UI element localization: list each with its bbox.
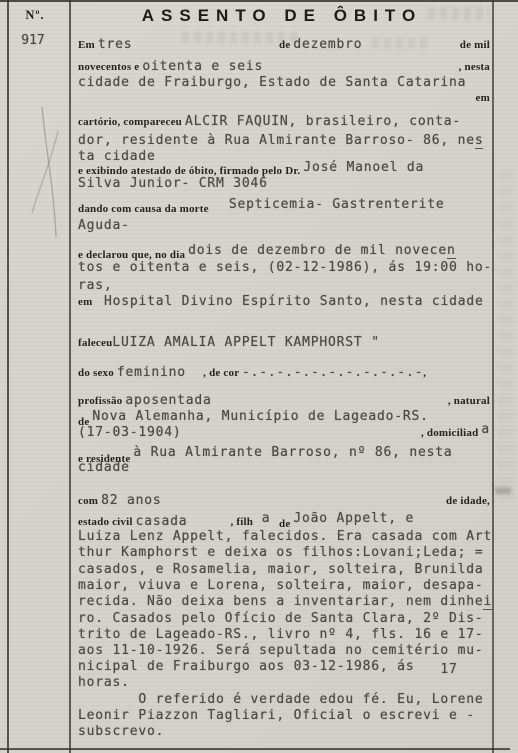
doc-line: em Hospital Divino Espírito Santo, nesta… xyxy=(78,292,490,309)
typed-entry: ro. Casados pelo Ofício de Santa Clara, … xyxy=(78,611,483,626)
typed-entry: Nova Alemanha, Município de Lageado-RS. xyxy=(92,409,428,424)
doc-line: trito de Lageado-RS., livro nº 4, fls. 1… xyxy=(78,625,490,642)
typed-entry: dor, residente à Rua Almirante Barroso- … xyxy=(78,133,475,148)
doc-line: Silva Junior- CRM 3046 xyxy=(78,174,490,191)
doc-line: dando com causa da morte Septicemia- Gas… xyxy=(78,199,490,216)
typed-entry: 82 anos xyxy=(101,493,161,508)
form-label: faleceu xyxy=(78,337,112,349)
typed-entry: tres xyxy=(98,37,279,52)
doc-line: de Nova Alemanha, Município de Lageado-R… xyxy=(78,407,490,424)
right-aligned-labels: de idade, xyxy=(446,491,490,509)
typed-entry: thur Kamphorst e deixa os filhos:Lovani;… xyxy=(78,545,483,560)
top-border-line xyxy=(0,0,518,2)
typed-entry: subscrevo. xyxy=(78,724,164,739)
typed-entry: João Appelt, e xyxy=(293,511,414,526)
typed-entry: a xyxy=(481,422,490,437)
form-label: de xyxy=(279,39,293,51)
pencil-mark xyxy=(8,95,78,255)
typed-entry: aos 11-10-1926. Será sepultada no cemité… xyxy=(78,643,483,658)
doc-line: Luiza Lenz Appelt, falecidos. Era casada… xyxy=(78,527,490,544)
typed-entry: horas. xyxy=(78,675,130,690)
doc-line: (17-03-1904), domiciliad a xyxy=(78,423,490,440)
typed-entry: LUIZA AMALIA APPELT KAMPHORST " xyxy=(112,335,379,350)
form-label: , xyxy=(423,367,426,379)
typed-entry: nicipal de Fraiburgo aos 03-12-1986, ás xyxy=(78,659,423,674)
typed-entry: i xyxy=(483,594,492,610)
ink-smudge xyxy=(497,170,513,500)
doc-line: aos 11-10-1926. Será sepultada no cemité… xyxy=(78,641,490,658)
record-number-label: Nº. xyxy=(12,8,58,23)
form-label: , de cor xyxy=(203,367,242,379)
typed-entry: José Manoel da xyxy=(303,160,424,175)
form-label: , domiciliad xyxy=(421,427,481,439)
typed-entry: cidade xyxy=(78,460,130,475)
form-label: dando com causa da morte xyxy=(78,203,212,215)
ink-smudge xyxy=(495,487,511,494)
doc-line: em xyxy=(78,88,490,105)
typed-entry: maior, viuva e Lorena, solteira, maior, … xyxy=(78,578,483,593)
doc-line: com 82 anosde idade, xyxy=(78,491,490,508)
doc-line: dor, residente à Rua Almirante Barroso- … xyxy=(78,131,490,148)
right-aligned-labels: de mil xyxy=(460,35,490,53)
typed-entry: a xyxy=(253,511,279,526)
typed-entry: ras, xyxy=(78,278,113,293)
form-label: , nesta xyxy=(459,61,490,73)
form-label: Em xyxy=(78,39,98,51)
typed-entry: dezembro xyxy=(293,37,362,52)
doc-line: subscrevo. xyxy=(78,722,490,739)
typed-entry: casados, e Rosamelia, maior, solteira, B… xyxy=(78,562,483,577)
form-label: de mil xyxy=(460,39,490,51)
typed-entry: -.-.-.-.-.-.-.-.-.-.- xyxy=(242,365,423,380)
doc-line: ras, xyxy=(78,276,490,293)
typed-entry: recida. Não deixa bens a inventariar, ne… xyxy=(78,594,483,609)
typed-entry: Luiza Lenz Appelt, falecidos. Era casada… xyxy=(78,529,492,544)
doc-line: Em tres de dezembrode mil xyxy=(78,35,490,52)
record-number-value: 917 xyxy=(10,33,56,48)
doc-line: Leonir Piazzon Tagliari, Oficial o escre… xyxy=(78,706,490,723)
doc-line: tos e oitenta e seis, (02-12-1986), ás 1… xyxy=(78,258,490,275)
right-border-line xyxy=(492,0,494,753)
typed-entry: Aguda- xyxy=(78,218,130,233)
form-label: de idade, xyxy=(446,495,490,507)
doc-line: Aguda- xyxy=(78,216,490,233)
doc-line: horas. xyxy=(78,673,490,690)
typed-entry: tos e oitenta e seis, (02-12-1986), ás 1… xyxy=(78,260,492,275)
right-aligned-labels: em xyxy=(476,88,490,106)
typed-entry: Silva Junior- CRM 3046 xyxy=(78,176,268,191)
form-label: profissão xyxy=(78,395,125,407)
typed-entry: trito de Lageado-RS., livro nº 4, fls. 1… xyxy=(78,627,483,642)
doc-line: novecentos e oitenta e seis, nesta xyxy=(78,57,490,74)
doc-line: ro. Casados pelo Ofício de Santa Clara, … xyxy=(78,609,490,626)
bottom-border-line xyxy=(0,748,510,750)
doc-line: maior, viuva e Lorena, solteira, maior, … xyxy=(78,576,490,593)
typed-entry: aposentada xyxy=(125,393,211,408)
doc-line: cidade xyxy=(78,458,490,475)
doc-line: nicipal de Fraiburgo aos 03-12-1986, ás … xyxy=(78,657,490,674)
typed-entry: Leonir Piazzon Tagliari, Oficial o escre… xyxy=(78,708,475,723)
doc-line: thur Kamphorst e deixa os filhos:Lovani;… xyxy=(78,543,490,560)
typed-entry: feminino xyxy=(117,365,203,380)
doc-line: do sexo feminino , de cor -.-.-.-.-.-.-.… xyxy=(78,363,490,380)
right-aligned-labels: , domiciliad a xyxy=(421,423,490,441)
typed-entry: n xyxy=(447,243,456,259)
form-label: com xyxy=(78,495,101,507)
doc-line: casados, e Rosamelia, maior, solteira, B… xyxy=(78,560,490,577)
death-certificate-page: ASSENTO DE ÔBITO Nº. 917 Em tres de deze… xyxy=(0,0,518,753)
doc-line: profissão aposentada, natural xyxy=(78,391,490,408)
typed-entry: ALCIR FAQUIN, brasileiro, conta- xyxy=(185,114,461,129)
typed-entry: dois de dezembro de mil novece xyxy=(188,243,447,258)
typed-entry: Septicemia- Gastrenterite xyxy=(212,197,445,212)
form-label: em xyxy=(78,296,95,308)
form-label: , natural xyxy=(448,395,490,407)
typed-entry: O referido é verdade edou fé. Eu, Lorene xyxy=(78,692,483,707)
form-label: novecentos e xyxy=(78,61,142,73)
doc-line: faleceuLUIZA AMALIA APPELT KAMPHORST " xyxy=(78,333,490,350)
page-title: ASSENTO DE ÔBITO xyxy=(78,6,486,26)
typed-entry: Hospital Divino Espírito Santo, nesta ci… xyxy=(95,294,483,309)
form-label: em xyxy=(476,92,490,104)
doc-line: O referido é verdade edou fé. Eu, Lorene xyxy=(78,690,490,707)
form-label: do sexo xyxy=(78,367,117,379)
doc-line: cartório, compareceu ALCIR FAQUIN, brasi… xyxy=(78,112,490,129)
form-label: cartório, compareceu xyxy=(78,116,185,128)
typed-entry: (17-03-1904) xyxy=(78,425,182,440)
doc-line: recida. Não deixa bens a inventariar, ne… xyxy=(78,592,490,609)
typed-entry: oitenta e seis xyxy=(142,59,263,74)
